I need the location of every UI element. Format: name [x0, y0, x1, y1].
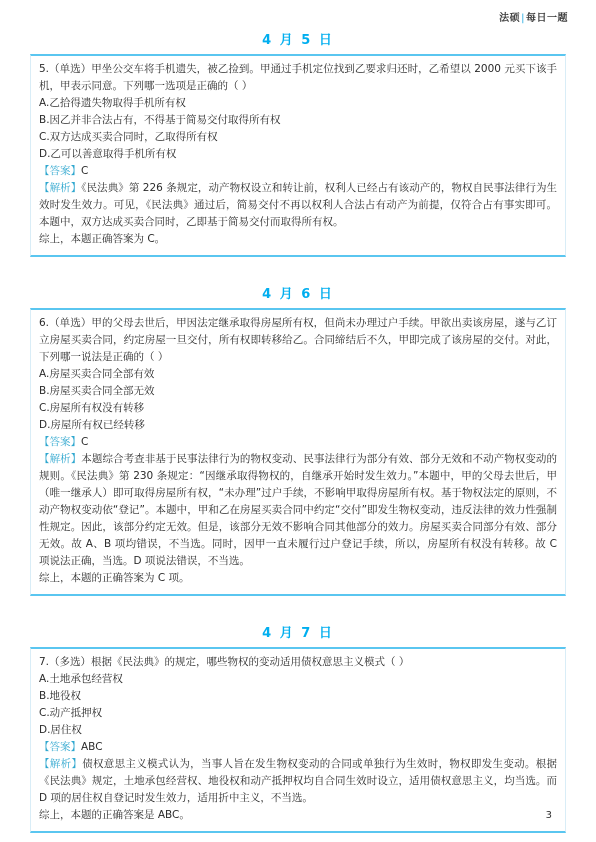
conclusion-text: 综上，本题正确答案为 C。 [39, 231, 557, 248]
day-section-april-7: 4 月 7 日 7.（多选）根据《民法典》的规定，哪些物权的变动适用债权意思主义… [30, 622, 566, 833]
option-c: C.房屋所有权没有转移 [39, 400, 557, 417]
question-block: 5.（单选）甲坐公交车将手机遗失，被乙捡到。甲通过手机定位找到乙要求归还时，乙希… [30, 54, 566, 257]
option-b: B.房屋买卖合同全部无效 [39, 383, 557, 400]
option-b: B.地役权 [39, 688, 557, 705]
brand-right: 每日一题 [526, 13, 568, 24]
question-stem: 7.（多选）根据《民法典》的规定，哪些物权的变动适用债权意思主义模式（ ） [39, 654, 557, 671]
answer-value: C [81, 165, 88, 177]
option-d: D.乙可以善意取得手机所有权 [39, 146, 557, 163]
day-section-april-5: 4 月 5 日 5.（单选）甲坐公交车将手机遗失，被乙捡到。甲通过手机定位找到乙… [30, 29, 566, 257]
option-a: A.乙拾得遗失物取得手机所有权 [39, 95, 557, 112]
analysis-text: 本题综合考查非基于民事法律行为的物权变动、民事法律行为部分有效、部分无效和不动产… [39, 453, 557, 567]
analysis-label: 【解析】 [39, 758, 82, 770]
conclusion-text: 综上，本题的正确答案为 C 项。 [39, 570, 557, 587]
day-section-april-6: 4 月 6 日 6.（单选）甲的父母去世后，甲因法定继承取得房屋所有权，但尚未办… [30, 283, 566, 596]
page-number: 3 [546, 810, 552, 821]
analysis-text: 债权意思主义模式认为，当事人旨在发生物权变动的合同或单独行为生效时，物权即发生变… [39, 758, 557, 804]
date-heading: 4 月 5 日 [30, 29, 566, 48]
question-stem: 5.（单选）甲坐公交车将手机遗失，被乙捡到。甲通过手机定位找到乙要求归还时，乙希… [39, 61, 557, 95]
analysis-paragraph: 【解析】《民法典》第 226 条规定，动产物权设立和转让前，权利人已经占有该动产… [39, 180, 557, 231]
answer-line: 【答案】C [39, 163, 557, 180]
analysis-label: 【解析】 [39, 453, 81, 465]
option-a: A.房屋买卖合同全部有效 [39, 366, 557, 383]
analysis-label: 【解析】 [39, 182, 81, 194]
option-d: D.房屋所有权已经转移 [39, 417, 557, 434]
conclusion-text: 综上，本题的正确答案是 ABC。 [39, 807, 557, 824]
answer-value: C [81, 436, 88, 448]
answer-line: 【答案】ABC [39, 739, 557, 756]
answer-value: ABC [81, 741, 103, 753]
option-c: C.双方达成买卖合同时，乙取得所有权 [39, 129, 557, 146]
date-heading: 4 月 6 日 [30, 283, 566, 302]
document-body: 4 月 5 日 5.（单选）甲坐公交车将手机遗失，被乙捡到。甲通过手机定位找到乙… [0, 29, 596, 833]
analysis-paragraph: 【解析】债权意思主义模式认为，当事人旨在发生物权变动的合同或单独行为生效时，物权… [39, 756, 557, 807]
brand-left: 法硕 [499, 13, 520, 24]
option-d: D.居住权 [39, 722, 557, 739]
answer-line: 【答案】C [39, 434, 557, 451]
analysis-paragraph: 【解析】本题综合考查非基于民事法律行为的物权变动、民事法律行为部分有效、部分无效… [39, 451, 557, 570]
answer-label: 【答案】 [39, 165, 81, 177]
option-b: B.因乙并非合法占有，不得基于简易交付取得所有权 [39, 112, 557, 129]
date-heading: 4 月 7 日 [30, 622, 566, 641]
brand-separator: | [521, 13, 525, 24]
question-block: 7.（多选）根据《民法典》的规定，哪些物权的变动适用债权意思主义模式（ ） A.… [30, 647, 566, 833]
option-a: A.土地承包经营权 [39, 671, 557, 688]
question-block: 6.（单选）甲的父母去世后，甲因法定继承取得房屋所有权，但尚未办理过户手续。甲欲… [30, 308, 566, 596]
page-header: 法硕|每日一题 [499, 9, 568, 24]
option-c: C.动产抵押权 [39, 705, 557, 722]
answer-label: 【答案】 [39, 741, 81, 753]
answer-label: 【答案】 [39, 436, 81, 448]
analysis-text: 《民法典》第 226 条规定，动产物权设立和转让前，权利人已经占有该动产的，物权… [39, 182, 557, 228]
question-stem: 6.（单选）甲的父母去世后，甲因法定继承取得房屋所有权，但尚未办理过户手续。甲欲… [39, 315, 557, 366]
